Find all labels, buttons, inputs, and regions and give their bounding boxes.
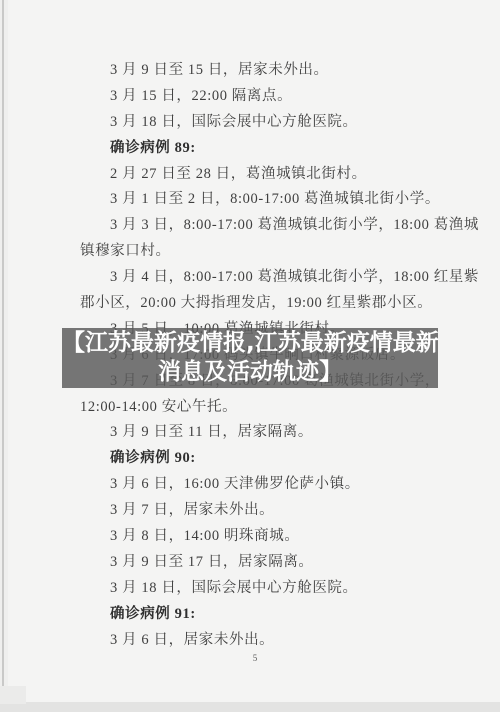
text-line: 3 月 1 日至 2 日，8:00-17:00 葛渔城镇北街小学。: [80, 187, 480, 213]
scan-edge-bottom: [0, 702, 500, 712]
text-line: 12:00-14:00 安心午托。: [80, 395, 480, 421]
watermark-title-banner: 【江苏最新疫情报,江苏最新疫情最新 消息及活动轨迹】: [62, 328, 438, 388]
text-line: 3 月 6 日，居家未外出。: [80, 628, 480, 654]
text-line: 3 月 18 日，国际会展中心方舱医院。: [80, 576, 480, 602]
case-header-line: 确诊病例 89:: [80, 136, 480, 162]
scan-edge-left-line: [2, 0, 4, 708]
text-line: 3 月 7 日，居家未外出。: [80, 498, 480, 524]
text-line: 镇穆家口村。: [80, 239, 480, 265]
text-line: 3 月 3 日，8:00-17:00 葛渔城镇北街小学，18:00 葛渔城: [80, 213, 480, 239]
text-line: 3 月 9 日至 17 日，居家隔离。: [80, 550, 480, 576]
text-line: 3 月 15 日，22:00 隔离点。: [80, 84, 480, 110]
case-header-line: 确诊病例 91:: [80, 602, 480, 628]
watermark-title-line2: 消息及活动轨迹】: [62, 358, 438, 387]
page-number: 5: [0, 653, 500, 663]
scanned-document-page: 3 月 9 日至 15 日，居家未外出。3 月 15 日，22:00 隔离点。3…: [0, 0, 500, 712]
text-line: 3 月 9 日至 11 日，居家隔离。: [80, 420, 480, 446]
text-line: 3 月 8 日，14:00 明珠商城。: [80, 524, 480, 550]
text-line: 3 月 18 日，国际会展中心方舱医院。: [80, 110, 480, 136]
text-line: 3 月 9 日至 15 日，居家未外出。: [80, 58, 480, 84]
case-header-line: 确诊病例 90:: [80, 446, 480, 472]
text-line: 3 月 6 日，16:00 天津佛罗伦萨小镇。: [80, 472, 480, 498]
watermark-title-line1: 【江苏最新疫情报,江苏最新疫情最新: [62, 329, 438, 358]
scan-edge-bottom-left: [0, 686, 26, 704]
text-line: 3 月 4 日，8:00-17:00 葛渔城镇北街小学，18:00 红星紫: [80, 265, 480, 291]
text-line: 郡小区，20:00 大拇指理发店，19:00 红星紫郡小区。: [80, 291, 480, 317]
text-line: 2 月 27 日至 28 日，葛渔城镇北街村。: [80, 162, 480, 188]
